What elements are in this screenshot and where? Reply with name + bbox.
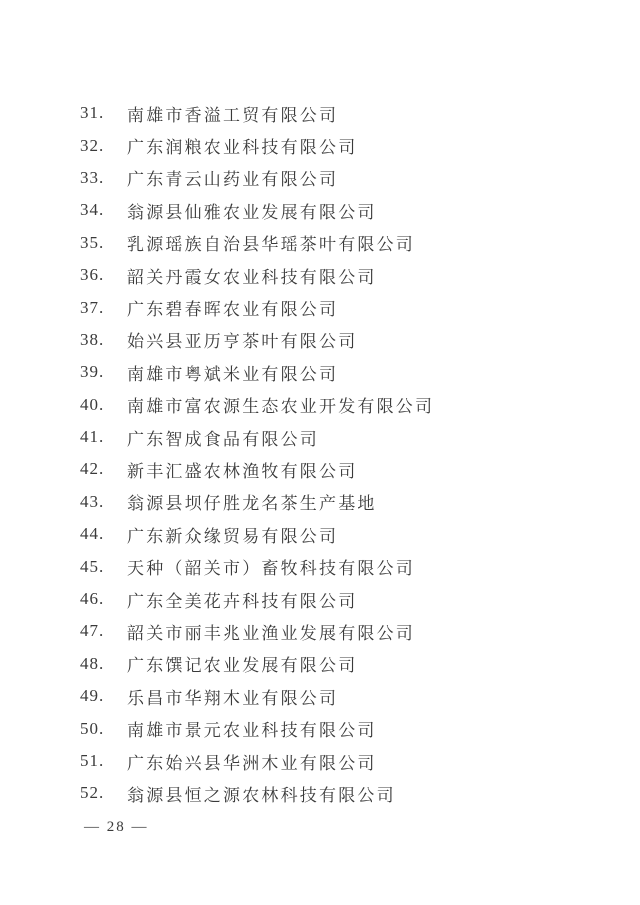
item-name: 广东全美花卉科技有限公司 (127, 587, 357, 612)
item-name: 南雄市粤斌米业有限公司 (127, 360, 338, 385)
item-number: 31. (80, 103, 127, 123)
list-item: 38. 始兴县亚历亨茶叶有限公司 (80, 324, 610, 356)
item-number: 36. (80, 265, 127, 285)
list-item: 49. 乐昌市华翔木业有限公司 (80, 680, 610, 712)
page-footer: — 28 — (84, 819, 149, 836)
item-number: 35. (80, 233, 127, 253)
list-item: 51. 广东始兴县华洲木业有限公司 (80, 745, 610, 777)
list-item: 42. 新丰汇盛农林渔牧有限公司 (80, 453, 610, 485)
document-page: 31. 南雄市香溢工贸有限公司 32. 广东润粮农业科技有限公司 33. 广东青… (0, 0, 640, 905)
item-number: 46. (80, 589, 127, 609)
item-name: 广东青云山药业有限公司 (127, 165, 338, 190)
item-name: 广东馔记农业发展有限公司 (127, 651, 357, 676)
list-item: 52. 翁源县恒之源农林科技有限公司 (80, 777, 610, 809)
item-number: 40. (80, 395, 127, 415)
item-number: 50. (80, 719, 127, 739)
item-name: 广东始兴县华洲木业有限公司 (127, 749, 377, 774)
list-item: 45. 天种（韶关市）畜牧科技有限公司 (80, 550, 610, 582)
list-item: 34. 翁源县仙雅农业发展有限公司 (80, 194, 610, 226)
item-name: 新丰汇盛农林渔牧有限公司 (127, 457, 357, 482)
item-number: 39. (80, 362, 127, 382)
item-name: 翁源县恒之源农林科技有限公司 (127, 781, 396, 806)
item-name: 韶关丹霞女农业科技有限公司 (127, 263, 377, 288)
item-name: 天种（韶关市）畜牧科技有限公司 (127, 554, 415, 579)
item-number: 47. (80, 621, 127, 641)
page-number: — 28 — (84, 819, 149, 835)
item-name: 南雄市香溢工贸有限公司 (127, 101, 338, 126)
list-item: 36. 韶关丹霞女农业科技有限公司 (80, 259, 610, 291)
item-number: 43. (80, 492, 127, 512)
list-item: 39. 南雄市粤斌米业有限公司 (80, 356, 610, 388)
item-name: 南雄市富农源生态农业开发有限公司 (127, 392, 434, 417)
list-item: 44. 广东新众缘贸易有限公司 (80, 518, 610, 550)
list-item: 48. 广东馔记农业发展有限公司 (80, 648, 610, 680)
item-number: 44. (80, 524, 127, 544)
item-name: 乐昌市华翔木业有限公司 (127, 684, 338, 709)
item-name: 翁源县坝仔胜龙名茶生产基地 (127, 489, 377, 514)
list-item: 40. 南雄市富农源生态农业开发有限公司 (80, 389, 610, 421)
item-number: 42. (80, 459, 127, 479)
item-name: 南雄市景元农业科技有限公司 (127, 716, 377, 741)
list-item: 31. 南雄市香溢工贸有限公司 (80, 97, 610, 129)
item-name: 始兴县亚历亨茶叶有限公司 (127, 327, 357, 352)
list-item: 35. 乳源瑶族自治县华瑶茶叶有限公司 (80, 227, 610, 259)
item-number: 37. (80, 298, 127, 318)
item-name: 韶关市丽丰兆业渔业发展有限公司 (127, 619, 415, 644)
item-number: 51. (80, 751, 127, 771)
list-item: 32. 广东润粮农业科技有限公司 (80, 129, 610, 161)
item-number: 34. (80, 200, 127, 220)
list-item: 41. 广东智成食品有限公司 (80, 421, 610, 453)
list-item: 47. 韶关市丽丰兆业渔业发展有限公司 (80, 615, 610, 647)
item-number: 41. (80, 427, 127, 447)
list-item: 46. 广东全美花卉科技有限公司 (80, 583, 610, 615)
item-name: 翁源县仙雅农业发展有限公司 (127, 198, 377, 223)
list-item: 43. 翁源县坝仔胜龙名茶生产基地 (80, 486, 610, 518)
item-name: 广东润粮农业科技有限公司 (127, 133, 357, 158)
item-number: 33. (80, 168, 127, 188)
company-list: 31. 南雄市香溢工贸有限公司 32. 广东润粮农业科技有限公司 33. 广东青… (80, 97, 610, 810)
item-number: 48. (80, 654, 127, 674)
item-number: 45. (80, 557, 127, 577)
item-name: 广东智成食品有限公司 (127, 425, 319, 450)
item-name: 广东碧春晖农业有限公司 (127, 295, 338, 320)
item-number: 49. (80, 686, 127, 706)
item-number: 52. (80, 783, 127, 803)
item-name: 乳源瑶族自治县华瑶茶叶有限公司 (127, 230, 415, 255)
item-number: 38. (80, 330, 127, 350)
list-item: 33. 广东青云山药业有限公司 (80, 162, 610, 194)
list-item: 37. 广东碧春晖农业有限公司 (80, 291, 610, 323)
list-item: 50. 南雄市景元农业科技有限公司 (80, 712, 610, 744)
item-number: 32. (80, 136, 127, 156)
item-name: 广东新众缘贸易有限公司 (127, 522, 338, 547)
